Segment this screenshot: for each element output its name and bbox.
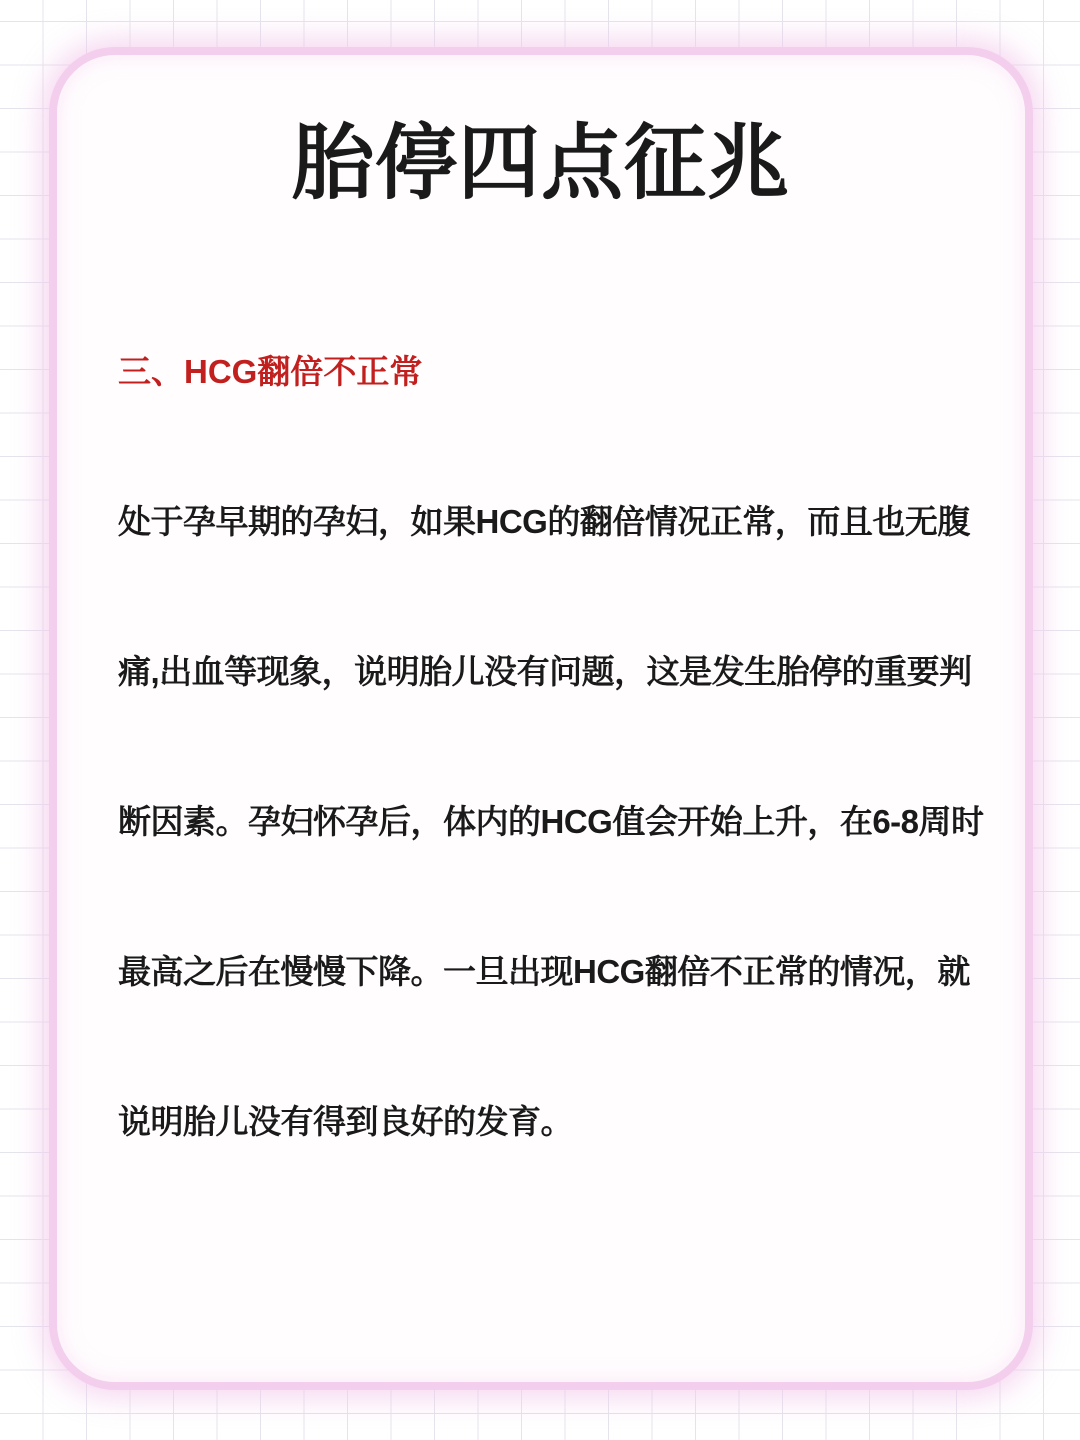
page-title: 胎停四点征兆 — [57, 114, 1025, 214]
section-heading-hcg: 三、HCG翻倍不正常 — [118, 350, 422, 394]
body-line-1: 处于孕早期的孕妇，如果HCG的翻倍情况正常，而且也无腹 — [118, 447, 984, 597]
body-paragraph: 处于孕早期的孕妇，如果HCG的翻倍情况正常，而且也无腹 痛,出血等现象，说明胎儿… — [118, 447, 984, 1197]
content-card: 胎停四点征兆 三、HCG翻倍不正常 处于孕早期的孕妇，如果HCG的翻倍情况正常，… — [57, 55, 1025, 1382]
body-line-5: 说明胎儿没有得到良好的发育。 — [118, 1047, 984, 1197]
body-line-2: 痛,出血等现象，说明胎儿没有问题，这是发生胎停的重要判 — [118, 597, 984, 747]
grid-paper-background: 胎停四点征兆 三、HCG翻倍不正常 处于孕早期的孕妇，如果HCG的翻倍情况正常，… — [0, 0, 1080, 1440]
body-line-3: 断因素。孕妇怀孕后，体内的HCG值会开始上升，在6-8周时 — [118, 747, 984, 897]
body-line-4: 最高之后在慢慢下降。一旦出现HCG翻倍不正常的情况，就 — [118, 897, 984, 1047]
